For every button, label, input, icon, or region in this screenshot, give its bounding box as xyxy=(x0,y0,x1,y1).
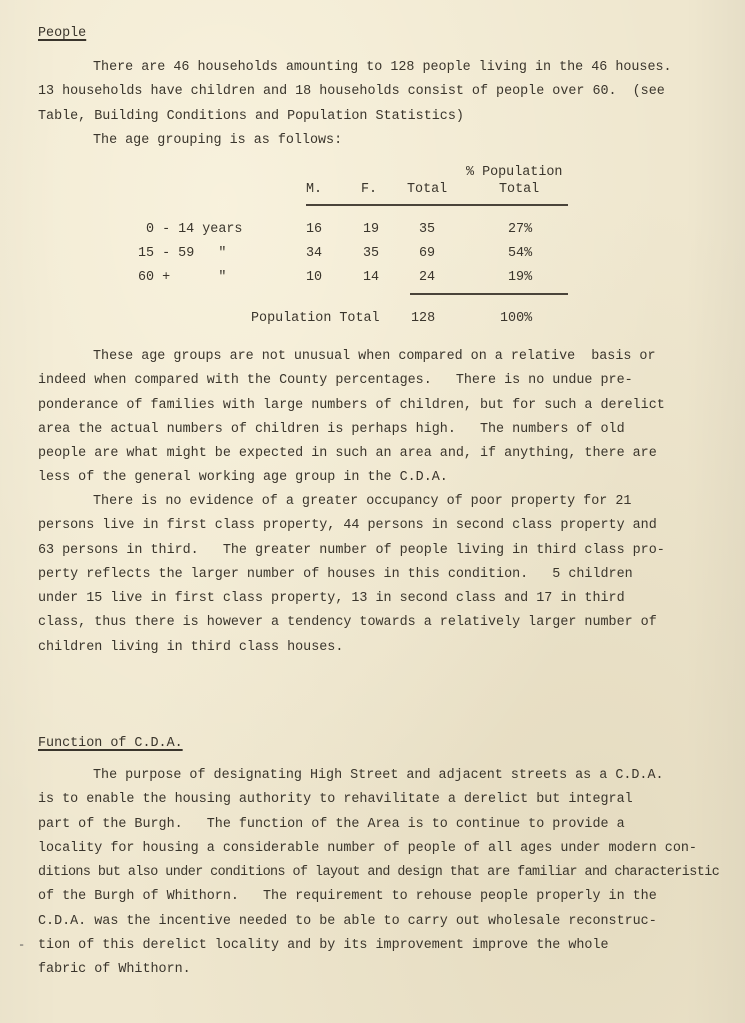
typewritten-page: People There are 46 households amounting… xyxy=(0,0,745,1023)
margin-mark: - xyxy=(18,938,25,952)
text-line: The purpose of designating High Street a… xyxy=(38,764,719,788)
text-line: perty reflects the larger number of hous… xyxy=(38,563,665,587)
text-line: 63 persons in third. The greater number … xyxy=(38,539,665,563)
text-line: locality for housing a considerable numb… xyxy=(38,837,719,861)
text-line: of the Burgh of Whithorn. The requiremen… xyxy=(38,885,719,909)
row-total: 35 xyxy=(419,221,435,239)
row-total: 69 xyxy=(419,245,435,263)
text-line: is to enable the housing authority to re… xyxy=(38,788,719,812)
occupancy-paragraph: There is no evidence of a greater occupa… xyxy=(38,490,665,660)
text-line: ditions but also under conditions of lay… xyxy=(38,861,719,885)
table-header-rule xyxy=(306,204,568,206)
text-line: The age grouping is as follows: xyxy=(38,129,672,153)
row-m: 10 xyxy=(306,269,322,287)
text-line: C.D.A. was the incentive needed to be ab… xyxy=(38,910,719,934)
row-m: 34 xyxy=(306,245,322,263)
text-line: under 15 live in first class property, 1… xyxy=(38,587,665,611)
table-header-pct-line2: Total xyxy=(499,181,539,199)
section-heading-people: People xyxy=(38,26,86,41)
function-paragraph: The purpose of designating High Street a… xyxy=(38,764,719,983)
table-header-m: M. xyxy=(306,181,322,199)
text-line: ponderance of families with large number… xyxy=(38,394,665,418)
people-intro-paragraph: There are 46 households amounting to 128… xyxy=(38,56,672,153)
population-total-label: Population Total xyxy=(251,310,380,328)
row-total: 24 xyxy=(419,269,435,287)
text-line: persons live in first class property, 44… xyxy=(38,514,665,538)
row-f: 19 xyxy=(363,221,379,239)
row-f: 35 xyxy=(363,245,379,263)
text-line: area the actual numbers of children is p… xyxy=(38,418,665,442)
text-line: less of the general working age group in… xyxy=(38,466,665,490)
text-line: indeed when compared with the County per… xyxy=(38,369,665,393)
population-total-pct: 100% xyxy=(500,310,532,328)
text-line: 13 households have children and 18 house… xyxy=(38,80,672,104)
row-label: 15 - 59 " xyxy=(138,245,226,263)
text-line: class, thus there is however a tendency … xyxy=(38,611,665,635)
text-line: fabric of Whithorn. xyxy=(38,958,719,982)
text-line: There is no evidence of a greater occupa… xyxy=(38,490,665,514)
text-line: people are what might be expected in suc… xyxy=(38,442,665,466)
row-f: 14 xyxy=(363,269,379,287)
row-label: 0 - 14 years xyxy=(146,221,242,239)
row-m: 16 xyxy=(306,221,322,239)
row-pct: 19% xyxy=(508,269,532,287)
text-line: part of the Burgh. The function of the A… xyxy=(38,813,719,837)
population-total-value: 128 xyxy=(411,310,435,328)
text-line: tion of this derelict locality and by it… xyxy=(38,934,719,958)
text-line: There are 46 households amounting to 128… xyxy=(38,56,672,80)
text-line: children living in third class houses. xyxy=(38,636,665,660)
text-line: These age groups are not unusual when co… xyxy=(38,345,665,369)
table-header-total: Total xyxy=(407,181,447,199)
table-total-rule xyxy=(410,293,568,295)
section-heading-function: Function of C.D.A. xyxy=(38,736,183,751)
table-header-pct-line1: % Population xyxy=(466,164,562,182)
row-label: 60 + " xyxy=(138,269,226,287)
age-groups-paragraph: These age groups are not unusual when co… xyxy=(38,345,665,491)
row-pct: 54% xyxy=(508,245,532,263)
table-header-f: F. xyxy=(361,181,377,199)
text-line: Table, Building Conditions and Populatio… xyxy=(38,105,672,129)
row-pct: 27% xyxy=(508,221,532,239)
